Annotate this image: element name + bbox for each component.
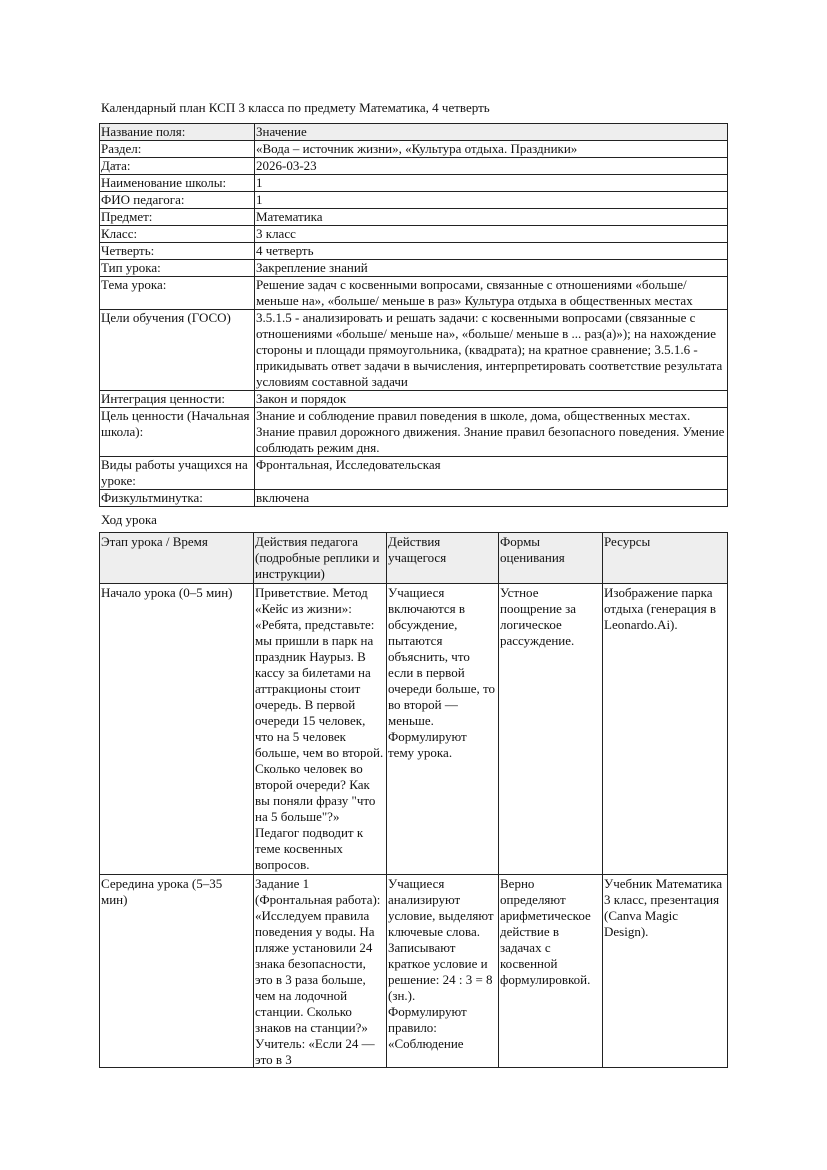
student-actions-text: Учащиеся анализируют условие, выделяют к… [388,876,496,1066]
info-row: Цель ценности (Начальная школа):Знание и… [100,408,728,457]
field-value: Закон и порядок [255,391,728,408]
resources-cell: Изображение парка отдыха (генерация в Le… [603,584,728,875]
info-row: Тип урока:Закрепление знаний [100,260,728,277]
field-value: Решение задач с косвенными вопросами, св… [255,277,728,310]
field-value: 3 класс [255,226,728,243]
field-value: 3.5.1.5 - анализировать и решать задачи:… [255,310,728,391]
info-row: Интеграция ценности:Закон и порядок [100,391,728,408]
info-row: Предмет:Математика [100,209,728,226]
field-label: Дата: [100,158,255,175]
resources-cell: Учебник Математика 3 класс, презентация … [603,875,728,1068]
assessment-cell: Верно определяют арифметическое действие… [499,875,603,1068]
stage-text: Середина урока (5–35 мин) [101,876,251,1066]
field-label: Наименование школы: [100,175,255,192]
field-value: 4 четверть [255,243,728,260]
header-field-name: Название поля: [100,124,255,141]
field-value: включена [255,490,728,507]
teacher-actions-cell: Задание 1 (Фронтальная работа): «Исследу… [254,875,387,1068]
info-row: Класс:3 класс [100,226,728,243]
field-label: Предмет: [100,209,255,226]
assessment-cell: Устное поощрение за логическое рассужден… [499,584,603,875]
table-row: Начало урока (0–5 мин) Приветствие. Мето… [100,584,728,875]
field-label: Виды работы учащихся на уроке: [100,457,255,490]
field-value: 2026-03-23 [255,158,728,175]
lesson-info-table: Название поля: Значение Раздел:«Вода – и… [99,123,728,507]
field-value: Закрепление знаний [255,260,728,277]
stage-cell: Начало урока (0–5 мин) [100,584,254,875]
section-title-lesson-flow: Ход урока [101,512,157,528]
field-label: ФИО педагога: [100,192,255,209]
info-table-header: Название поля: Значение [100,124,728,141]
student-actions-cell: Учащиеся включаются в обсуждение, пытают… [387,584,499,875]
header-assessment: Формы оценивания [499,533,603,584]
info-row: Виды работы учащихся на уроке:Фронтальна… [100,457,728,490]
header-stage: Этап урока / Время [100,533,254,584]
field-label: Четверть: [100,243,255,260]
field-label: Цели обучения (ГОСО) [100,310,255,391]
info-row: Цели обучения (ГОСО)3.5.1.5 - анализиров… [100,310,728,391]
field-value: 1 [255,192,728,209]
header-resources: Ресурсы [603,533,728,584]
teacher-actions-text: Задание 1 (Фронтальная работа): «Исследу… [255,876,384,1066]
field-label: Тема урока: [100,277,255,310]
info-row: ФИО педагога:1 [100,192,728,209]
info-row: Четверть:4 четверть [100,243,728,260]
lesson-flow-table: Этап урока / Время Действия педагога (по… [99,532,728,1068]
field-label: Класс: [100,226,255,243]
field-label: Раздел: [100,141,255,158]
info-row: Тема урока:Решение задач с косвенными во… [100,277,728,310]
lesson-table-header: Этап урока / Время Действия педагога (по… [100,533,728,584]
field-label: Физкультминутка: [100,490,255,507]
info-row: Раздел:«Вода – источник жизни», «Культур… [100,141,728,158]
student-actions-cell: Учащиеся анализируют условие, выделяют к… [387,875,499,1068]
header-field-value: Значение [255,124,728,141]
field-label: Цель ценности (Начальная школа): [100,408,255,457]
field-value: «Вода – источник жизни», «Культура отдых… [255,141,728,158]
field-value: Фронтальная, Исследовательская [255,457,728,490]
info-row: Наименование школы:1 [100,175,728,192]
stage-cell: Середина урока (5–35 мин) [100,875,254,1068]
header-teacher-actions: Действия педагога (подробные реплики и и… [254,533,387,584]
header-student-actions: Действия учащегося [387,533,499,584]
field-label: Интеграция ценности: [100,391,255,408]
document-title: Календарный план КСП 3 класса по предмет… [101,100,490,116]
field-value: Математика [255,209,728,226]
table-row: Середина урока (5–35 мин) Задание 1 (Фро… [100,875,728,1068]
field-value: Знание и соблюдение правил поведения в ш… [255,408,728,457]
resources-text: Учебник Математика 3 класс, презентация … [604,876,725,1066]
teacher-actions-cell: Приветствие. Метод «Кейс из жизни»: «Реб… [254,584,387,875]
assessment-text: Верно определяют арифметическое действие… [500,876,600,1066]
field-label: Тип урока: [100,260,255,277]
info-row: Дата:2026-03-23 [100,158,728,175]
info-row: Физкультминутка:включена [100,490,728,507]
field-value: 1 [255,175,728,192]
